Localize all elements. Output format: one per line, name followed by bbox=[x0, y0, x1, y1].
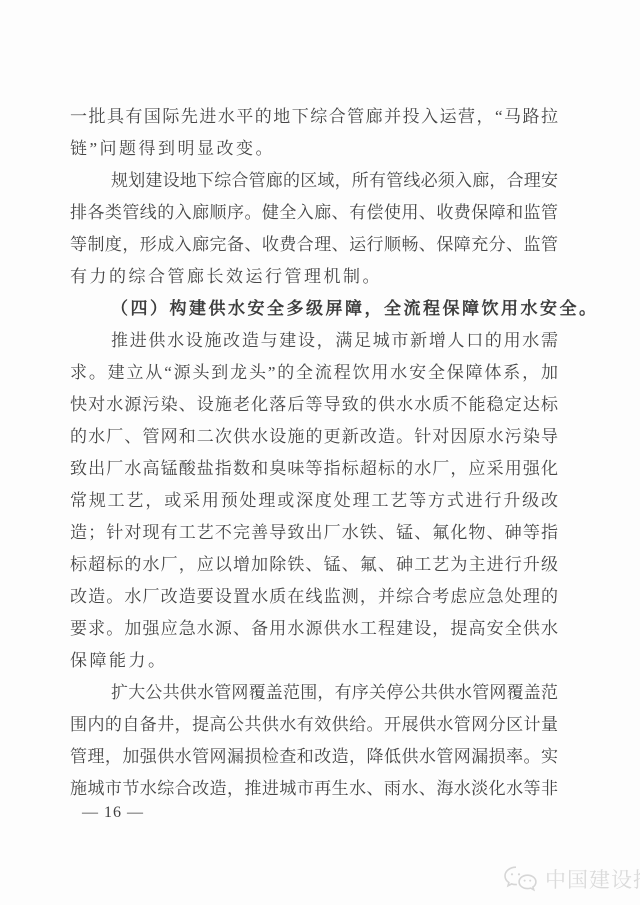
section-heading: （四）构建供水安全多级屏障，全流程保障饮用水安全。 bbox=[70, 293, 558, 325]
text-line: 推进供水设施改造与建设，满足城市新增人口的用水需 bbox=[70, 325, 558, 357]
text-line: 求。建立从“源头到龙头”的全流程饮用水安全保障体系，加 bbox=[70, 357, 558, 389]
text-line: 标超标的水厂，应以增加除铁、锰、氟、砷工艺为主进行升级 bbox=[70, 549, 558, 581]
text-block: 一批具有国际先进水平的地下综合管廊并投入运营，“马路拉链”问题得到明显改变。规划… bbox=[70, 101, 558, 805]
text-line: 施城市节水综合改造，推进城市再生水、雨水、海水淡化水等非 bbox=[70, 773, 558, 805]
text-line: 常规工艺，或采用预处理或深度处理工艺等方式进行升级改 bbox=[70, 485, 558, 517]
document-page: 一批具有国际先进水平的地下综合管廊并投入运营，“马路拉链”问题得到明显改变。规划… bbox=[0, 0, 640, 905]
wechat-icon bbox=[502, 865, 538, 893]
text-line: 快对水源污染、设施老化落后等导致的供水水质不能稳定达标 bbox=[70, 389, 558, 421]
text-line: 排各类管线的入廊顺序。健全入廊、有偿使用、收费保障和监管 bbox=[70, 197, 558, 229]
watermark-label: 中国建设报 bbox=[545, 864, 640, 894]
page-number: — 16 — bbox=[82, 804, 144, 822]
text-line: 有力的综合管廊长效运行管理机制。 bbox=[70, 261, 558, 293]
text-line: 等制度，形成入廊完备、收费合理、运行顺畅、保障充分、监管 bbox=[70, 229, 558, 261]
text-line: 管理，加强供水管网漏损检查和改造，降低供水管网漏损率。实 bbox=[70, 741, 558, 773]
text-line: 链”问题得到明显改变。 bbox=[70, 133, 558, 165]
text-line: 改造。水厂改造要设置水质在线监测，并综合考虑应急处理的 bbox=[70, 581, 558, 613]
watermark: 中国建设报 bbox=[502, 864, 640, 894]
text-line: 的水厂、管网和二次供水设施的更新改造。针对因原水污染导 bbox=[70, 421, 558, 453]
text-line: 造；针对现有工艺不完善导致出厂水铁、锰、氟化物、砷等指 bbox=[70, 517, 558, 549]
text-line: 规划建设地下综合管廊的区域，所有管线必须入廊，合理安 bbox=[70, 165, 558, 197]
text-line: 一批具有国际先进水平的地下综合管廊并投入运营，“马路拉 bbox=[70, 101, 558, 133]
text-line: 要求。加强应急水源、备用水源供水工程建设，提高安全供水 bbox=[70, 613, 558, 645]
text-line: 扩大公共供水管网覆盖范围，有序关停公共供水管网覆盖范 bbox=[70, 677, 558, 709]
text-line: 保障能力。 bbox=[70, 645, 558, 677]
text-line: 致出厂水高锰酸盐指数和臭味等指标超标的水厂，应采用强化 bbox=[70, 453, 558, 485]
text-line: 围内的自备井，提高公共供水有效供给。开展供水管网分区计量 bbox=[70, 709, 558, 741]
